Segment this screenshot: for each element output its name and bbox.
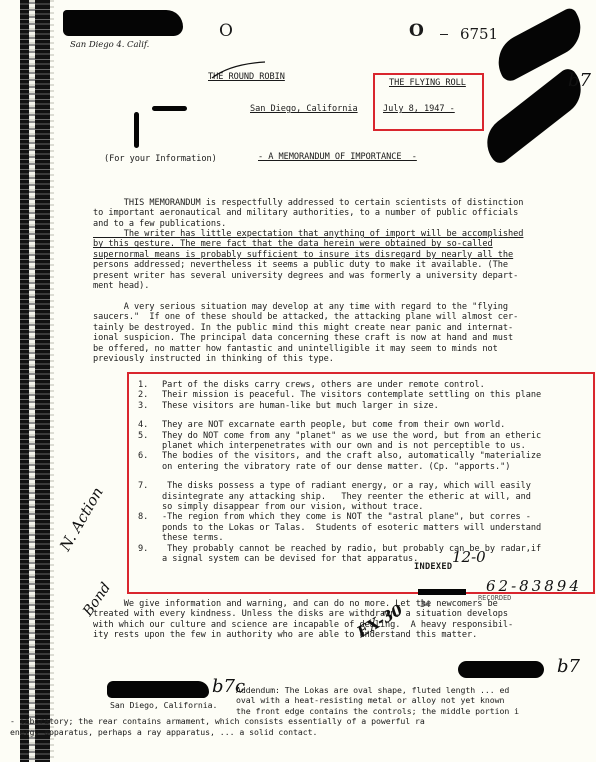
paragraph-line: The writer has little expectation that a… [93, 229, 523, 239]
list-item-number: 5. [138, 431, 162, 452]
paragraph-intro: THIS MEMORANDUM is respectfully addresse… [93, 198, 523, 229]
list-item-text: so simply disappear from our vision, wit… [162, 502, 531, 512]
redaction-small-left [152, 106, 187, 111]
memo-heading: - A MEMORANDUM OF IMPORTANCE - [258, 152, 417, 162]
paragraph-line: to important aeronautical and military a… [93, 208, 523, 218]
paragraph-line: present writer has several university de… [93, 271, 523, 281]
paragraph-line: be offered, no matter how fantastic and … [93, 344, 518, 354]
paragraph-line: We give information and warning, and can… [93, 599, 513, 609]
redaction-signature [107, 681, 209, 698]
list-item-text: on entering the vibratory rate of our de… [162, 462, 541, 472]
file-number: 6751 [460, 26, 498, 42]
place-line: San Diego, California [250, 104, 358, 114]
addendum-line: energy apparatus, perhaps a ray apparatu… [10, 727, 519, 737]
list-item-number: 2. [138, 390, 162, 400]
list-item-text: The disks possess a type of radiant ener… [162, 481, 531, 491]
redaction-bottom-right [458, 661, 544, 678]
paragraph-line: by this gesture. The mere fact that the … [93, 239, 523, 249]
paragraph-line: previously instructed in thinking of thi… [93, 354, 518, 364]
addendum-line: oval with a heat-resisting metal or allo… [236, 695, 519, 705]
list-item: 5.They do NOT come from any "planet" as … [138, 431, 541, 452]
list-item-text: Their mission is peaceful. The visitors … [162, 390, 541, 400]
list-item-text: They do NOT come from any "planet" as we… [162, 431, 541, 441]
file-circle-left: O [219, 22, 233, 40]
paragraph-line: and to a few publications. [93, 219, 523, 229]
paragraph-line: supernormal means is probably sufficient… [93, 250, 523, 260]
paragraph-expectation: The writer has little expectation that a… [93, 229, 523, 291]
stamp-serial: 34 [420, 600, 430, 610]
paragraph-closing: We give information and warning, and can… [93, 599, 513, 641]
addendum-line: - laboratory; the rear contains armament… [10, 716, 519, 726]
title-strike-mark [210, 60, 270, 80]
stamp-indexed: INDEXED [414, 562, 452, 572]
handwritten-b7-right: b7 [557, 656, 580, 677]
list-item-number: 3. [138, 401, 162, 411]
list-item-number: 1. [138, 380, 162, 390]
file-dash [440, 34, 448, 35]
file-circle-right: O [409, 22, 424, 40]
signature-location: San Diego, California. [110, 700, 217, 710]
list-item: 8.-The region from which they come is NO… [138, 512, 541, 543]
handwritten-initial: 12-0 [452, 548, 486, 566]
paragraph-line: A very serious situation may develop at … [93, 302, 518, 312]
list-item: 2.Their mission is peaceful. The visitor… [138, 390, 541, 400]
paragraph-line: with which our culture and science are i… [93, 620, 513, 630]
for-your-information: (For your Information) [104, 154, 217, 164]
document-page: San Diego 4. Calif. O O 6751 b7 THE ROUN… [0, 0, 596, 762]
list-item-number: 4. [138, 420, 162, 430]
list-item-text: planet which interpenetrates with our ow… [162, 441, 541, 451]
list-item-number: 8. [138, 512, 162, 543]
list-item-text: These visitors are human-like but much l… [162, 401, 439, 411]
paragraph-line: persons addressed; nevertheless it seems… [93, 260, 523, 270]
handwritten-b7-top: b7 [568, 70, 591, 91]
list-item-number: 6. [138, 451, 162, 472]
paragraph-line: ity rests upon the few in authority who … [93, 630, 513, 640]
paragraph-situation: A very serious situation may develop at … [93, 302, 518, 364]
list-item-text: The bodies of the visitors, and the craf… [162, 451, 541, 461]
title-flying-roll: THE FLYING ROLL [389, 78, 466, 88]
list-item-text: these terms. [162, 533, 541, 543]
list-item-text: Part of the disks carry crews, others ar… [162, 380, 485, 390]
list-item-number: 7. [138, 481, 162, 512]
scanned-page-edge [20, 0, 50, 762]
memo-date: July 8, 1947 - [383, 104, 455, 114]
addendum: Addendum: The Lokas are oval shape, flut… [236, 685, 519, 737]
list-item: 7. The disks possess a type of radiant e… [138, 481, 541, 512]
list-item-number: 9. [138, 544, 162, 565]
list-item-text: ponds to the Lokas or Talas. Students of… [162, 523, 541, 533]
paragraph-line: tainly be destroyed. In the public mind … [93, 323, 518, 333]
addendum-line: Addendum: The Lokas are oval shape, flut… [236, 685, 519, 695]
paragraph-line: treated with every kindness. Unless the … [93, 609, 513, 619]
stamp-recorded: RECORDED [478, 593, 511, 603]
list-item-text: disintegrate any attacking ship. They re… [162, 492, 531, 502]
paragraph-line: ional suspicion. The principal data conc… [93, 333, 518, 343]
list-item-text: -The region from which they come is NOT … [162, 512, 541, 522]
numbered-list: 1.Part of the disks carry crews, others … [138, 380, 541, 565]
redaction-small-vertical [134, 112, 139, 148]
list-item: 4.They are NOT excarnate earth people, b… [138, 420, 541, 430]
redaction-stamp [418, 589, 466, 595]
letterhead-location: San Diego 4. Calif. [70, 40, 149, 50]
handwritten-note-action: N. Action [56, 484, 107, 554]
list-item: 6.The bodies of the visitors, and the cr… [138, 451, 541, 472]
paragraph-line: ment head). [93, 281, 523, 291]
addendum-line: the front edge contains the controls; th… [236, 706, 519, 716]
paragraph-line: THIS MEMORANDUM is respectfully addresse… [93, 198, 523, 208]
list-item: 3.These visitors are human-like but much… [138, 401, 541, 411]
paragraph-line: saucers." If one of these should be atta… [93, 312, 518, 322]
list-item-text: They are NOT excarnate earth people, but… [162, 420, 505, 430]
list-item: 1.Part of the disks carry crews, others … [138, 380, 541, 390]
redaction-letterhead [63, 10, 183, 36]
